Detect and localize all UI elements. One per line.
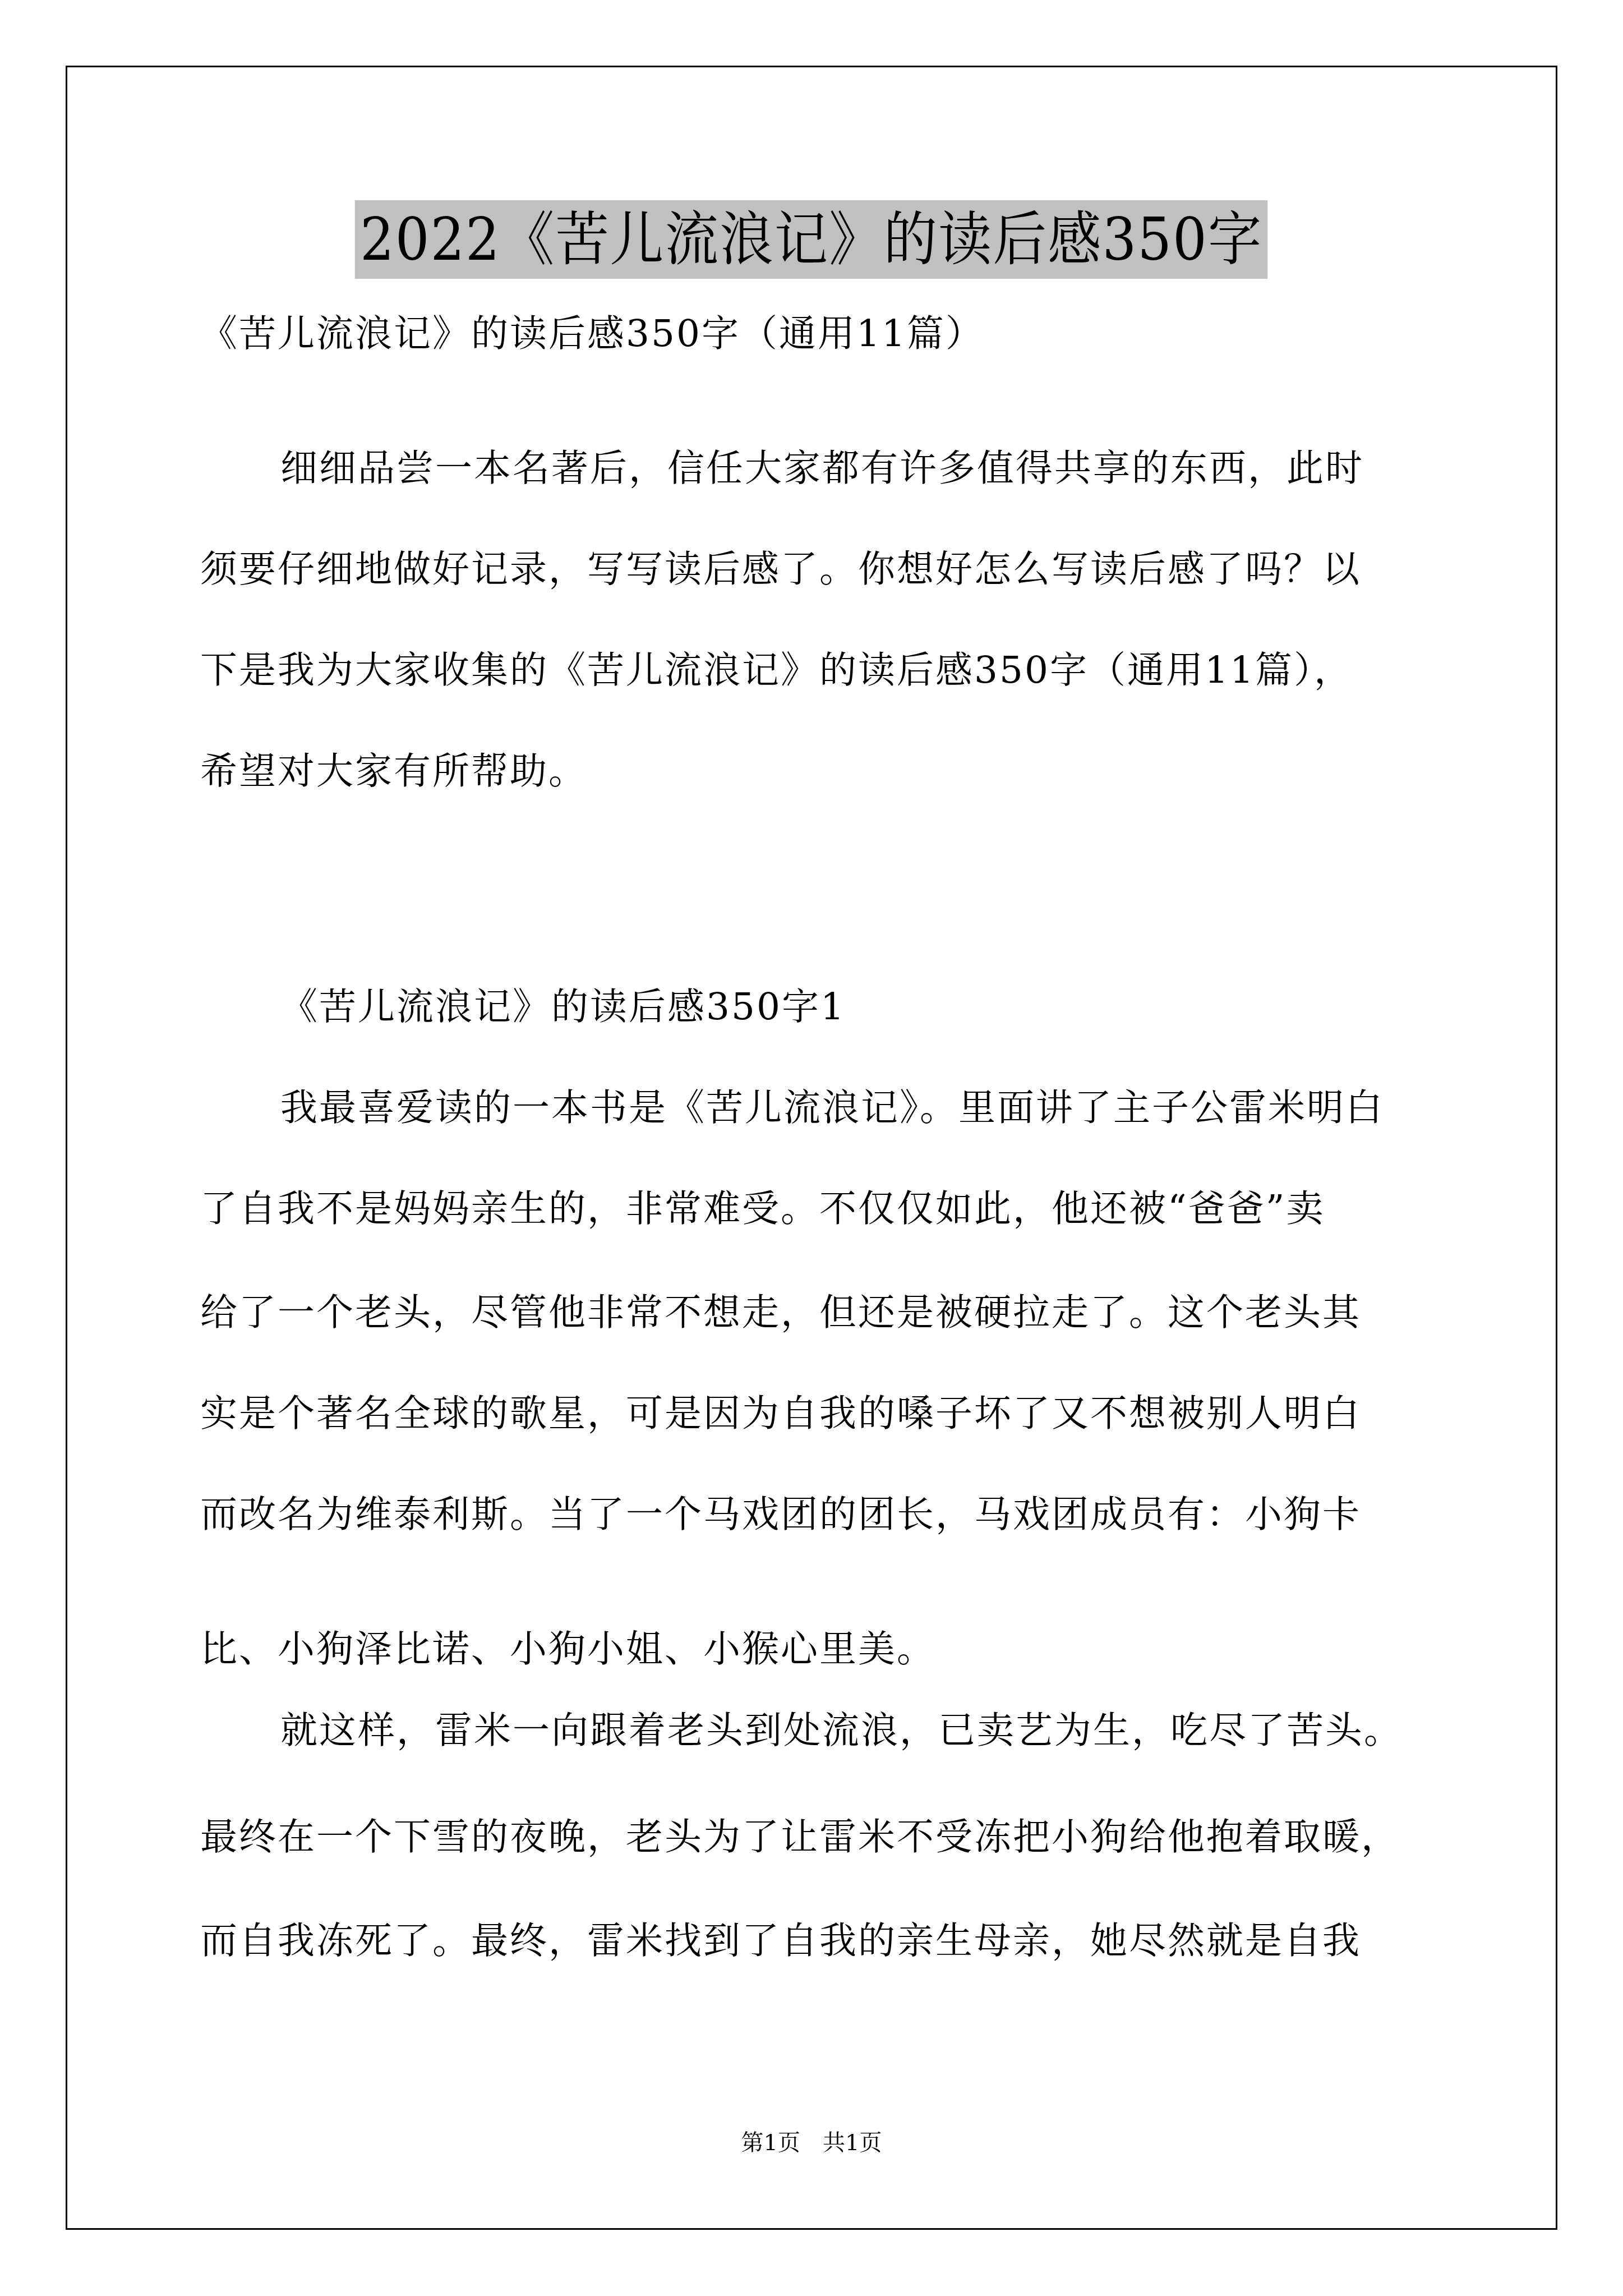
intro-line: 细细品尝一本名著后，信任大家都有许多值得共享的东西，此时 xyxy=(280,446,1364,491)
intro-line: 下是我为大家收集的《苦儿流浪记》的读后感350字（通用11篇）， xyxy=(200,648,1353,693)
document-title: 2022《苦儿流浪记》的读后感350字 xyxy=(355,200,1268,279)
paragraph-line: 了自我不是妈妈亲生的，非常难受。不仅仅如此，他还被“爸爸”卖 xyxy=(200,1186,1325,1231)
title-container: 2022《苦儿流浪记》的读后感350字 xyxy=(0,200,1623,279)
intro-line: 须要仔细地做好记录，写写读后感了。你想好怎么写读后感了吗？以 xyxy=(200,547,1361,592)
intro-line: 希望对大家有所帮助。 xyxy=(200,749,587,794)
paragraph-line: 而自我冻死了。最终，雷米找到了自我的亲生母亲，她尽然就是自我 xyxy=(200,1918,1361,1963)
page-footer: 第1页 共1页 xyxy=(0,2129,1623,2157)
paragraph-line: 给了一个老头，尽管他非常不想走，但还是被硬拉走了。这个老头其 xyxy=(200,1290,1361,1335)
paragraph-line: 比、小狗泽比诺、小狗小姐、小猴心里美。 xyxy=(200,1627,935,1672)
document-subtitle: 《苦儿流浪记》的读后感350字（通用11篇） xyxy=(200,311,984,356)
page-border xyxy=(66,66,1557,2230)
paragraph-line: 最终在一个下雪的夜晚，老头为了让雷米不受冻把小狗给他抱着取暖， xyxy=(200,1815,1400,1860)
paragraph-line: 我最喜爱读的一本书是《苦儿流浪记》。里面讲了主子公雷米明白 xyxy=(280,1085,1384,1130)
section-heading: 《苦儿流浪记》的读后感350字1 xyxy=(280,984,846,1029)
paragraph-line: 而改名为维泰利斯。当了一个马戏团的团长，马戏团成员有：小狗卡 xyxy=(200,1492,1361,1537)
paragraph-line: 就这样，雷米一向跟着老头到处流浪，已卖艺为生，吃尽了苦头。 xyxy=(280,1708,1403,1753)
paragraph-line: 实是个著名全球的歌星，可是因为自我的嗓子坏了又不想被别人明白 xyxy=(200,1391,1361,1436)
